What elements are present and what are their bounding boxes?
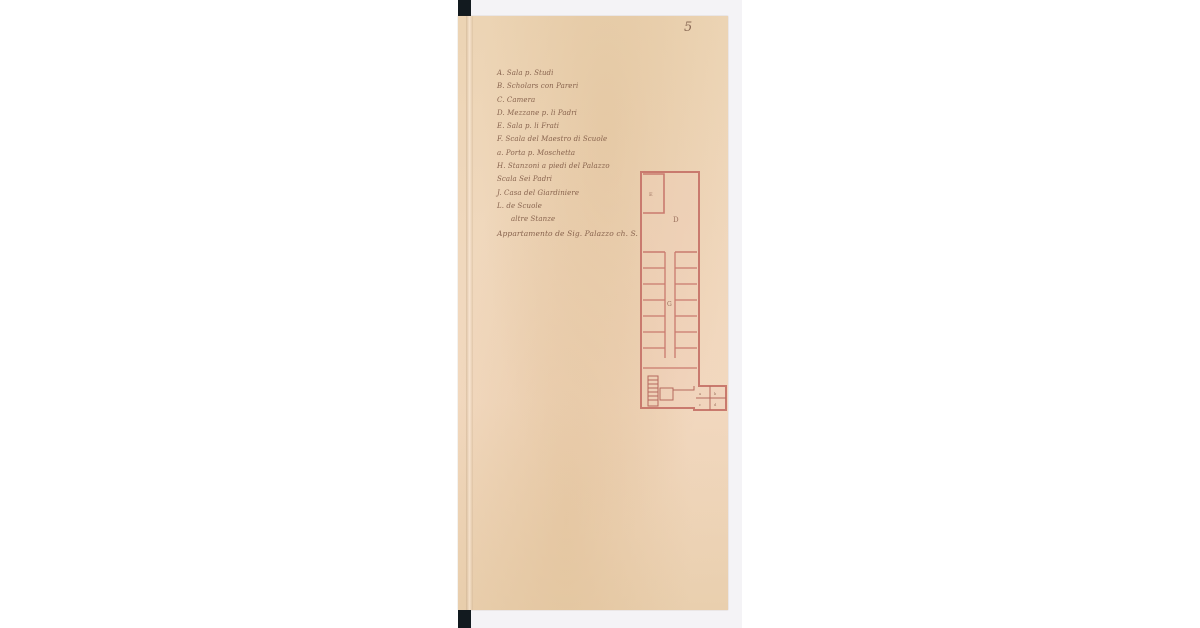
legend-line: A. Sala p. Studi — [497, 67, 637, 80]
legend-line: C. Camera — [497, 94, 637, 107]
legend-line: altre Stanze — [497, 213, 637, 226]
legend-line: D. Mezzane p. li Padri — [497, 107, 637, 120]
sheet-fold-line — [466, 16, 473, 610]
legend-line: a. Porta p. Moschetta — [497, 147, 637, 160]
legend-line: J. Casa del Giardiniere — [497, 187, 637, 200]
binding-strip-bottom — [458, 610, 471, 628]
binding-strip-top — [458, 0, 471, 17]
page-number: 5 — [684, 20, 692, 35]
legend-line: H. Stanzoni a piedi del Palazzo — [497, 160, 637, 173]
legend-line: F. Scala del Maestro di Scuole — [497, 133, 637, 146]
legend-line: L. de Scuole — [497, 200, 637, 213]
legend-line: B. Scholars con Pareri — [497, 80, 637, 93]
handwritten-legend: A. Sala p. Studi B. Scholars con Pareri … — [497, 67, 637, 240]
legend-line: E. Sala p. li Frati — [497, 120, 637, 133]
legend-line: Appartamento de Sig. Palazzo ch. S. — [497, 227, 637, 240]
legend-line: Scala Sei Padri — [497, 173, 637, 186]
